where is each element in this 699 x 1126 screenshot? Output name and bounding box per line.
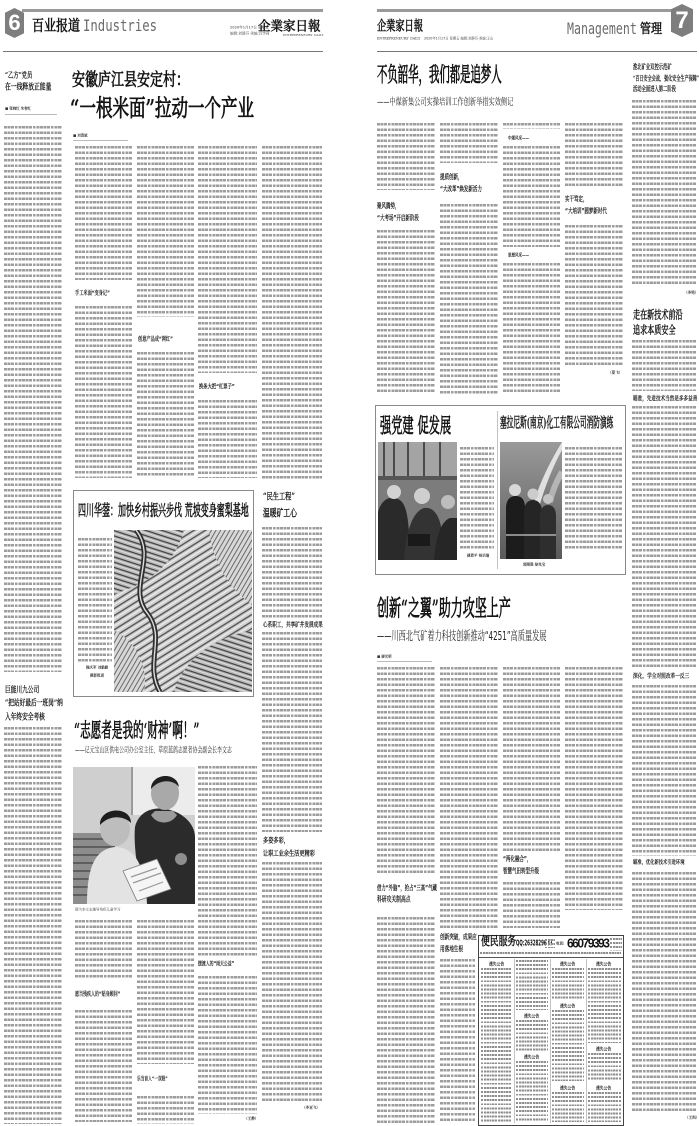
notice-text (552, 1010, 584, 1081)
photo-feature-credit: 穆庆军 刘勤勤 (86, 666, 108, 669)
classifieds-header-rule (479, 957, 623, 958)
notice-text (516, 1020, 548, 1051)
classifieds-column-divider (514, 959, 515, 1123)
innovation-article-body-col3 (503, 882, 560, 928)
newspaper-masthead-en: ENTREPRENEURS' DAILY (283, 34, 324, 37)
notice-text (552, 1092, 584, 1122)
volunteer-article-body-col2 (137, 1096, 194, 1124)
training-article-body-col3 (503, 146, 560, 247)
newspaper-masthead: 企業家日報 (377, 20, 423, 34)
tech-article-body-text (632, 340, 697, 391)
classifieds-address-text (480, 952, 621, 955)
party-building-photo (378, 442, 457, 560)
notice-title: 遗失公告 (560, 1004, 575, 1009)
party-article-headline-line1: “乙方”党员 (5, 72, 32, 79)
aerial-terrace-image (114, 530, 252, 692)
village-article-body-col2 (137, 146, 194, 317)
innovation-article-subhead: 创新突破，成果应 (440, 934, 477, 941)
training-article-body-col1 (377, 230, 435, 395)
fire-drill-photo-headline: 塞拉尼斯(南京)化工有限公司消防演练 (500, 417, 613, 431)
tech-article-body-text (632, 406, 697, 669)
header-rule (3, 51, 323, 52)
training-article-body-col4 (565, 123, 623, 187)
training-article-subtitle: ——中煤新集公司实操培训工作创新举措实效侧记 (377, 97, 513, 107)
photo-box-divider (497, 411, 498, 569)
training-article-subhead: “大改革”焕发新活力 (440, 186, 482, 193)
tech-article-subhead: 瞄准，优化新技术引进环境 (633, 860, 685, 866)
party-article-body-text (4, 126, 62, 672)
training-article-subhead: 聚风腾势， (377, 203, 399, 210)
notice-title: 遗失公告 (489, 962, 504, 967)
volunteer-article-signoff: （王静） (244, 1117, 258, 1121)
newspaper-masthead-en: ENTREPRENEURS' DAILY (377, 37, 420, 40)
safety-campaign-signoff: （李铭） (684, 291, 698, 295)
training-article-subhead: 提质创新， (440, 174, 462, 181)
byline-rule (73, 140, 128, 141)
innovation-article-subhead: 借力“外脑”，抢占“三高”气藏 (377, 885, 437, 892)
volunteer-article-subhead: 乐当盲人“一双眼” (137, 1076, 168, 1082)
miners-article-body-text (262, 862, 322, 1102)
notice-title: 遗失公告 (524, 1014, 539, 1019)
training-article-signoff: （夏飞） (608, 371, 622, 375)
party-building-caption-text (460, 447, 494, 551)
tech-article-signoff: （王凯） (685, 1116, 699, 1120)
tech-article-subhead: 深化，学全对照改革一反三 (633, 673, 689, 679)
miners-article-signoff: （李亚飞） (302, 1106, 320, 1110)
volunteer-article-body-col3 (198, 766, 257, 956)
training-article-body-col3 (503, 263, 560, 395)
village-article-body-col3 (198, 400, 257, 478)
village-article-subhead: 换条大把“红票子” (199, 384, 235, 390)
village-article-body-col3 (198, 146, 257, 373)
header-top-bar (377, 9, 673, 12)
innovation-article-subhead: 科研攻关制高点 (377, 896, 411, 903)
tech-article-body-text (632, 872, 697, 1113)
fire-drill-photo-credit: 郭刚强 徐兆宝 (523, 563, 545, 566)
classifieds-phone-number: 66079393 (567, 937, 608, 950)
miners-article-subhead: 多姿多彩， (263, 837, 289, 844)
innovation-article-byline: ■ 廖光明 (377, 655, 392, 658)
volunteer-reading-image (73, 767, 195, 904)
section-title-cn: 百业报道 (32, 18, 80, 33)
photo-feature-caption-text (78, 538, 112, 662)
miners-article-headline-line1: “民生工程” (263, 492, 295, 501)
safety-campaign-headline-line1: 淮北矿业双控示范矿 (633, 64, 672, 71)
innovation-article-subhead: 用落地生根 (440, 946, 463, 953)
party-building-photo-credit: 捷恩平 杨宗瑞 (467, 554, 489, 557)
training-article-subhead: 实干笃定， (565, 196, 587, 203)
safety-article-headline-line1: 巨能川九公司 (5, 686, 39, 694)
terraced-hillside-photo (114, 530, 252, 692)
page-number-badge: 7 (671, 4, 693, 37)
volunteer-article-body-col1 (75, 1010, 132, 1122)
party-article-byline: ■ 张晓红 朱春红 (5, 107, 31, 110)
notice-title: 遗失公告 (596, 1086, 611, 1091)
volunteer-photo-caption: 图为李文志辅导残疾儿童学习 (75, 908, 120, 911)
safety-article-body-text (4, 727, 62, 1124)
miners-article-body-text (262, 632, 322, 832)
village-article-subhead: 手工米面“变身记” (75, 290, 110, 296)
safety-article-headline-line2: “把站好最后一班岗”纳 (5, 699, 63, 707)
training-article-body-col4 (565, 225, 623, 368)
innovation-article-body-col1 (377, 917, 435, 1124)
classifieds-column-divider (586, 959, 587, 1123)
training-article-body-col3 (503, 123, 560, 129)
notice-text (516, 1061, 548, 1122)
header-top-bar (22, 9, 323, 12)
newspaper-masthead: 企業家日報 (258, 20, 321, 33)
volunteer-article-body-col1 (75, 920, 132, 978)
notice-text (588, 1092, 621, 1122)
training-article-headline: 不负韶华，我们都是追梦人 (377, 66, 502, 86)
innovation-article-body-col2 (440, 959, 475, 1124)
section-title-en: Management (567, 22, 637, 38)
byline-rule (377, 661, 432, 662)
training-article-label: 中煤风采—— (508, 136, 529, 141)
notice-text (588, 1053, 621, 1081)
issue-date-editors: 2020年1月17日 星期五 编辑:刘静芬 美编:王山 (424, 37, 493, 40)
classifieds-phone-label: 电话: (556, 942, 564, 945)
innovation-article-subhead: “两化融合”， (503, 856, 531, 863)
volunteer-article-body-col3 (198, 976, 257, 1114)
training-article-subhead: “大培训”圆梦新时代 (565, 208, 607, 215)
party-article-headline-line2: 在一线释放正能量 (5, 83, 51, 91)
notice-text (481, 968, 512, 1122)
firefighters-image (500, 442, 562, 559)
safety-article-headline-line3: 入年终安全考核 (5, 713, 45, 721)
volunteer-article-subhead: 摆渡人的“雨天公益” (198, 961, 234, 967)
innovation-article-body-col3 (503, 667, 560, 851)
notice-text (552, 968, 584, 1000)
miners-article-subhead: 心系职工，共享矿井发展成果 (263, 622, 323, 628)
village-article-byline: ■ 刘雲斌 (73, 134, 88, 137)
classifieds-contact-text (610, 938, 622, 951)
village-article-body-col1 (75, 306, 132, 478)
volunteer-article-headline: “志愿者是我的‘财神’啊！” (74, 722, 200, 742)
volunteer-article-body-col2 (137, 920, 194, 1064)
section-title-en: Industries (83, 18, 157, 34)
classifieds-title: 便民服务 (481, 937, 516, 949)
volunteer-article-subtitle: ——记元宝山区供电公司办公室主任、草原蓝鸽志愿者协会副会长李文志 (75, 747, 232, 755)
tech-article-body-text (632, 685, 697, 856)
tech-article-subhead: 瞄准，先进技术当然是多多益善 (633, 396, 697, 402)
party-building-photo-headline: 强党建 促发展 (380, 416, 451, 437)
innovation-article-subtitle: ——川西北气矿着力科技创新推动“4251”高质量发展 (377, 630, 547, 642)
miners-article-headline-line2: 温暖矿工心 (263, 509, 297, 519)
page-number-badge: 6 (5, 8, 24, 38)
volunteer-with-child-photo (73, 767, 195, 904)
section-title-cn: 管理 (640, 22, 662, 35)
miners-article-body-text (262, 527, 322, 618)
village-article-headline-line1: 安徽庐江县安定村： (72, 72, 189, 90)
notice-title: 遗失公告 (560, 1086, 575, 1091)
safety-campaign-headline-line3: 活动全面进入第二阶段 (633, 86, 676, 93)
safety-campaign-body-text (632, 100, 697, 286)
innovation-article-headline: 创新“之翼”助力攻坚上产 (377, 597, 511, 620)
notice-title: 遗失公告 (524, 1055, 539, 1060)
notice-text (588, 968, 621, 1043)
innovation-article-subhead: 智慧气田转型升级 (503, 868, 539, 875)
safety-campaign-headline-line2: “百日安全会战，强化安全生产保障” (633, 75, 699, 82)
innovation-article-body-col4 (565, 667, 623, 910)
village-article-body-col1 (75, 146, 132, 280)
innovation-article-body-col2 (440, 667, 498, 929)
village-article-body-col2 (137, 352, 194, 478)
header-rule (377, 51, 697, 52)
tech-article-headline-line1: 走在新技术前沿 (633, 309, 683, 320)
village-article-subhead: 创意产品成“网红” (138, 336, 173, 342)
volunteer-article-subhead: 愿当残疾人的“贴身顾问” (75, 991, 120, 997)
training-article-body-col2 (440, 204, 498, 395)
fire-drill-caption-text (565, 447, 622, 551)
notice-title: 遗失公告 (596, 962, 611, 967)
tech-article-headline-line2: 追求本质安全 (633, 324, 676, 335)
training-article-body-col2 (440, 123, 498, 163)
training-article-label: 思想风采—— (508, 253, 529, 258)
village-article-body-col4 (262, 146, 322, 479)
fire-drill-photo (500, 442, 562, 559)
photo-feature-credit: 摄影报道 (90, 674, 104, 677)
notice-title: 遗失公告 (560, 962, 575, 967)
innovation-article-body-col1 (377, 667, 435, 873)
classifieds-contact-text (545, 939, 555, 948)
training-article-body-col1 (377, 123, 435, 190)
training-article-subhead: “大考场”开启新阶段 (377, 215, 419, 222)
workers-inspection-image (378, 442, 457, 560)
notice-title: 遗失公告 (596, 1047, 611, 1052)
notice-text (516, 960, 548, 1010)
classifieds-column-divider (550, 959, 551, 1123)
byline-rule (5, 114, 57, 115)
miners-article-subhead: 让职工业余生活更精彩 (263, 850, 315, 857)
village-article-headline-line2: “一根米面”拉动一个产业 (70, 98, 254, 121)
photo-feature-headline: 四川华蓥：加快乡村振兴步伐 荒坡变身蜜梨基地 (78, 502, 249, 517)
